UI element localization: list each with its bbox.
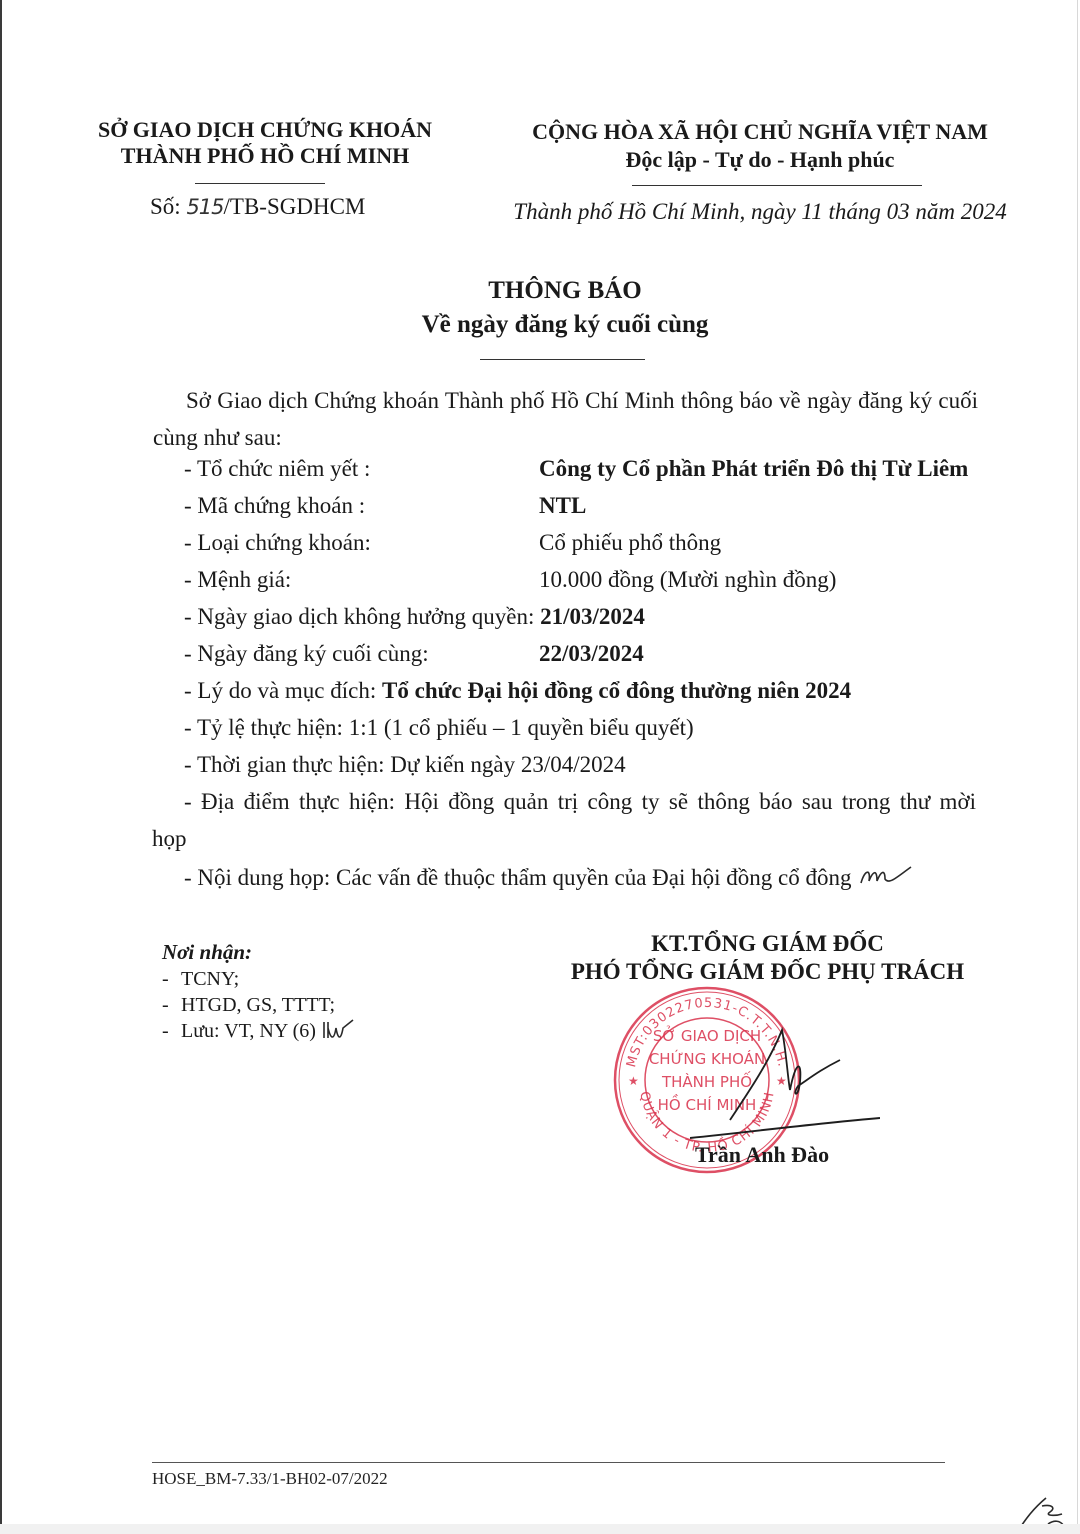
page-edge-right xyxy=(1077,0,1078,1534)
field-ticker: - Mã chứng khoán : NTL xyxy=(184,493,365,519)
signer-name: Trần Anh Đào xyxy=(695,1142,829,1168)
field-par-value: - Mệnh giá: 10.000 đồng (Mười nghìn đồng… xyxy=(184,567,291,593)
field-time: - Thời gian thực hiện: Dự kiến ngày 23/0… xyxy=(184,752,626,778)
document-title: THÔNG BÁO Về ngày đăng ký cuối cùng xyxy=(380,274,750,342)
footer-divider xyxy=(152,1462,945,1463)
document-page: SỞ GIAO DỊCH CHỨNG KHOÁN THÀNH PHỐ HỒ CH… xyxy=(0,0,1080,1534)
issuer-name: SỞ GIAO DỊCH CHỨNG KHOÁN THÀNH PHỐ HỒ CH… xyxy=(80,117,450,169)
initials-scribble-icon xyxy=(857,863,915,889)
recipient-item: Lưu: VT, NY (6) xyxy=(162,1018,357,1044)
signature-title: KT.TỔNG GIÁM ĐỐC PHÓ TỔNG GIÁM ĐỐC PHỤ T… xyxy=(555,930,980,986)
signature-title-line-2: PHÓ TỔNG GIÁM ĐỐC PHỤ TRÁCH xyxy=(555,958,980,986)
title-main: THÔNG BÁO xyxy=(380,274,750,308)
issuer-line-2: THÀNH PHỐ HỒ CHÍ MINH xyxy=(80,143,450,169)
recipient-item: TCNY; xyxy=(162,966,357,992)
initials-scribble-icon xyxy=(321,1018,357,1042)
page-edge-left xyxy=(0,0,2,1534)
motto-divider xyxy=(632,185,922,186)
issuer-line-1: SỞ GIAO DỊCH CHỨNG KHOÁN xyxy=(80,117,450,143)
place-date: Thành phố Hồ Chí Minh, ngày 11 tháng 03 … xyxy=(500,199,1020,225)
field-venue: - Địa điểm thực hiện: Hội đồng quản trị … xyxy=(184,789,976,815)
recipients-title: Nơi nhận: xyxy=(162,940,252,965)
handwritten-number: 515 xyxy=(186,195,223,219)
field-ex-rights-date: - Ngày giao dịch không hưởng quyền: 21/0… xyxy=(184,604,645,630)
signature-title-line-1: KT.TỔNG GIÁM ĐỐC xyxy=(555,930,980,958)
intro-paragraph: Sở Giao dịch Chứng khoán Thành phố Hồ Ch… xyxy=(153,382,978,456)
field-meeting-content: - Nội dung họp: Các vấn đề thuộc thẩm qu… xyxy=(184,863,915,891)
title-divider xyxy=(480,359,645,360)
recipients-list: TCNY; HTGD, GS, TTTT; Lưu: VT, NY (6) xyxy=(162,966,357,1044)
field-security-type: - Loại chứng khoán: Cổ phiếu phổ thông xyxy=(184,530,371,556)
issuer-divider xyxy=(195,183,325,184)
nation-line-1: CỘNG HÒA XÃ HỘI CHỦ NGHĨA VIỆT NAM xyxy=(500,118,1020,146)
field-record-date: - Ngày đăng ký cuối cùng: 22/03/2024 xyxy=(184,641,429,667)
field-venue-continued: họp xyxy=(152,826,187,852)
national-heading: CỘNG HÒA XÃ HỘI CHỦ NGHĨA VIỆT NAM Độc l… xyxy=(500,118,1020,174)
field-ratio: - Tỷ lệ thực hiện: 1:1 (1 cổ phiếu – 1 q… xyxy=(184,715,694,741)
document-number: Số: 515/TB-SGDHCM xyxy=(150,194,365,220)
page-bottom-edge xyxy=(0,1524,1080,1534)
nation-motto: Độc lập - Tự do - Hạnh phúc xyxy=(500,146,1020,174)
field-listed-org: - Tổ chức niêm yết : Công ty Cổ phần Phá… xyxy=(184,456,370,482)
signature-scribble-icon xyxy=(690,1020,880,1140)
recipient-item: HTGD, GS, TTTT; xyxy=(162,992,357,1018)
field-purpose: - Lý do và mục đích: Tổ chức Đại hội đồn… xyxy=(184,678,851,704)
svg-text:★: ★ xyxy=(628,1074,639,1088)
form-code: HOSE_BM-7.33/1-BH02-07/2022 xyxy=(152,1469,388,1489)
title-subtitle: Về ngày đăng ký cuối cùng xyxy=(380,308,750,342)
